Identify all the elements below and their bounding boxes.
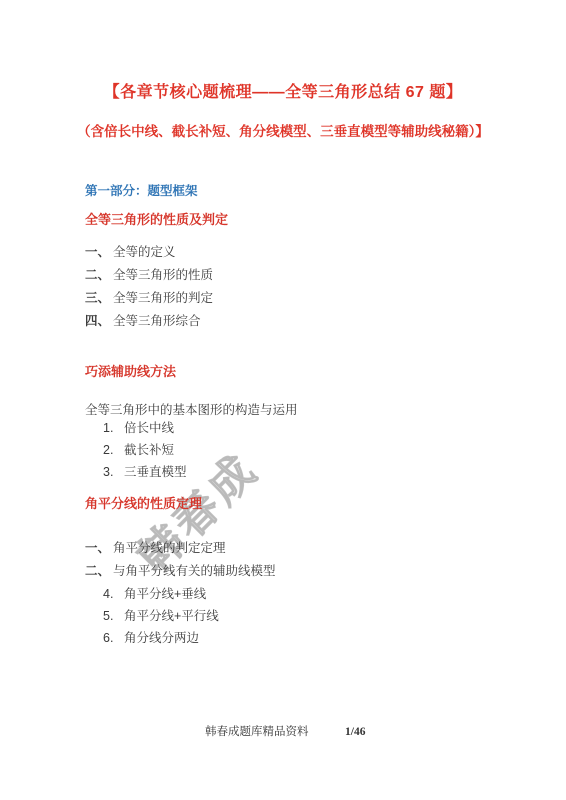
list-item-number: 四、 xyxy=(85,310,113,333)
list-item-number: 5. xyxy=(103,605,124,627)
auxiliary-lines-intro: 全等三角形中的基本图形的构造与运用 xyxy=(85,403,566,417)
list-item-number: 3. xyxy=(103,461,124,483)
congruent-properties-list: 一、全等的定义 二、全等三角形的性质 三、全等三角形的判定 四、全等三角形综合 xyxy=(85,241,566,333)
list-item-number: 三、 xyxy=(85,287,113,310)
list-item: 四、全等三角形综合 xyxy=(85,310,566,333)
list-item: 1.倍长中线 xyxy=(103,417,566,439)
list-item-text: 全等的定义 xyxy=(113,245,176,259)
list-item-number: 4. xyxy=(103,583,124,605)
list-item-number: 一、 xyxy=(85,241,113,264)
list-item-number: 二、 xyxy=(85,560,113,583)
list-item-text: 与角平分线有关的辅助线模型 xyxy=(113,564,276,578)
list-item-text: 全等三角形的判定 xyxy=(113,291,213,305)
list-item: 三、全等三角形的判定 xyxy=(85,287,566,310)
part-one-heading: 第一部分：题型框架 xyxy=(85,184,566,198)
list-item: 3.三垂直模型 xyxy=(103,461,566,483)
document-subtitle: （含倍长中线、截长补短、角分线模型、三垂直模型等辅助线秘籍）】 xyxy=(0,125,566,139)
list-item: 一、角平分线的判定定理 xyxy=(85,537,566,560)
list-item-text: 角平分线的判定定理 xyxy=(113,541,226,555)
section-heading-angle-bisector: 角平分线的性质定理 xyxy=(85,497,566,511)
list-item: 2.截长补短 xyxy=(103,439,566,461)
document-title: 【各章节核心题梳理——全等三角形总结 67 题】 xyxy=(0,84,566,101)
list-item-text: 角平分线+平行线 xyxy=(124,609,219,623)
list-item-number: 1. xyxy=(103,417,124,439)
section-heading-congruent-properties: 全等三角形的性质及判定 xyxy=(85,213,566,227)
list-item: 一、全等的定义 xyxy=(85,241,566,264)
page-number: 1/46 xyxy=(345,725,365,739)
list-item-text: 角平分线+垂线 xyxy=(124,587,206,601)
list-item-text: 截长补短 xyxy=(124,443,174,457)
list-item: 5.角平分线+平行线 xyxy=(103,605,566,627)
angle-bisector-model-list: 4.角平分线+垂线 5.角平分线+平行线 6.角分线分两边 xyxy=(103,583,566,649)
list-item-number: 二、 xyxy=(85,264,113,287)
list-item-number: 6. xyxy=(103,627,124,649)
list-item-text: 全等三角形综合 xyxy=(113,314,201,328)
list-item: 6.角分线分两边 xyxy=(103,627,566,649)
list-item-text: 角分线分两边 xyxy=(124,631,199,645)
list-item-number: 2. xyxy=(103,439,124,461)
auxiliary-lines-list: 1.倍长中线 2.截长补短 3.三垂直模型 xyxy=(103,417,566,483)
list-item-text: 三垂直模型 xyxy=(124,465,187,479)
list-item-text: 全等三角形的性质 xyxy=(113,268,213,282)
section-heading-auxiliary-lines: 巧添辅助线方法 xyxy=(85,365,566,379)
footer-source-label: 韩春成题库精品资料 xyxy=(205,725,309,739)
page-footer: 韩春成题库精品资料 1/46 xyxy=(0,725,566,741)
document-content: 【各章节核心题梳理——全等三角形总结 67 题】 （含倍长中线、截长补短、角分线… xyxy=(0,84,566,649)
list-item-text: 倍长中线 xyxy=(124,421,174,435)
list-item: 4.角平分线+垂线 xyxy=(103,583,566,605)
angle-bisector-list: 一、角平分线的判定定理 二、与角平分线有关的辅助线模型 xyxy=(85,537,566,583)
list-item: 二、与角平分线有关的辅助线模型 xyxy=(85,560,566,583)
document-page: 韩春成 【各章节核心题梳理——全等三角形总结 67 题】 （含倍长中线、截长补短… xyxy=(0,0,566,800)
list-item: 二、全等三角形的性质 xyxy=(85,264,566,287)
list-item-number: 一、 xyxy=(85,537,113,560)
